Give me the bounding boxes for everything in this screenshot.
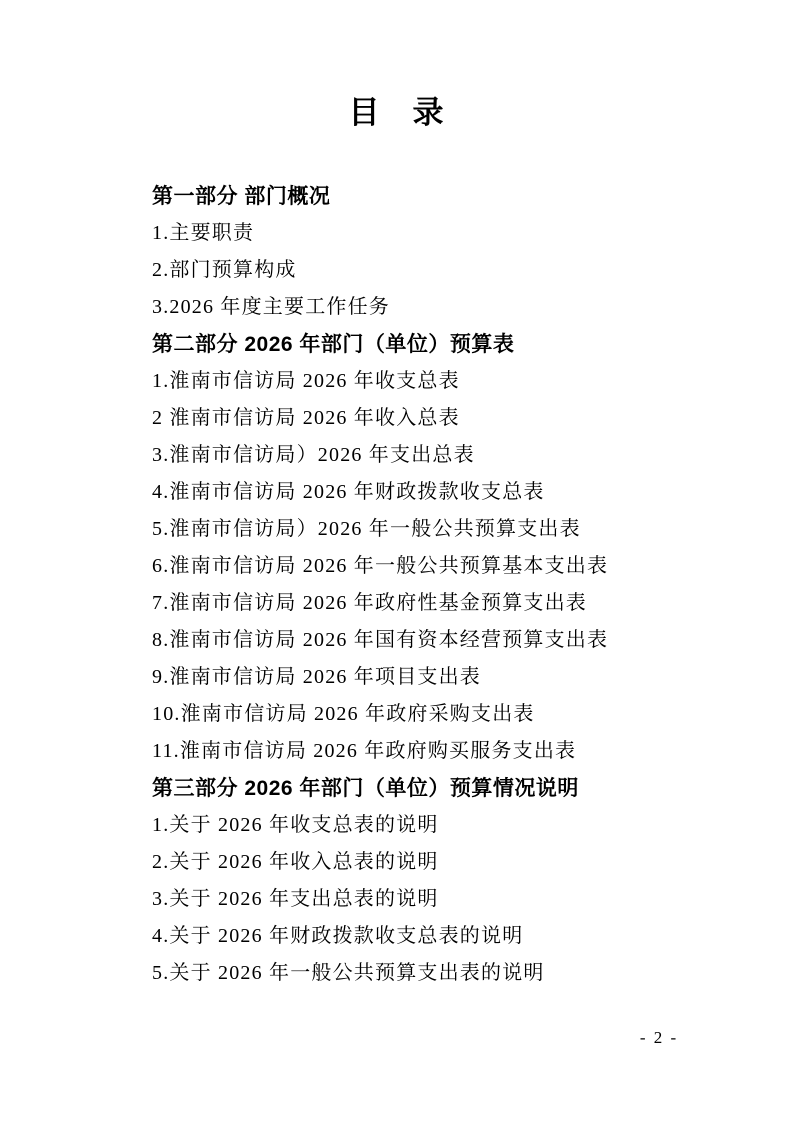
toc-entry: 9.淮南市信访局 2026 年项目支出表	[152, 659, 763, 696]
toc-entry: 4.关于 2026 年财政拨款收支总表的说明	[152, 918, 763, 955]
toc-entry: 1.淮南市信访局 2026 年收支总表	[152, 363, 763, 400]
document-page: 目 录 第一部分 部门概况1.主要职责2.部门预算构成3.2026 年度主要工作…	[0, 0, 793, 1122]
toc-entry: 3.淮南市信访局）2026 年支出总表	[152, 437, 763, 474]
toc-entry: 5.淮南市信访局）2026 年一般公共预算支出表	[152, 511, 763, 548]
toc-section-heading: 第二部分 2026 年部门（单位）预算表	[152, 326, 763, 363]
page-title: 目 录	[0, 95, 793, 131]
toc-entry: 3.关于 2026 年支出总表的说明	[152, 881, 763, 918]
toc-entry: 6.淮南市信访局 2026 年一般公共预算基本支出表	[152, 548, 763, 585]
page-number: - 2 -	[614, 1028, 704, 1048]
toc-section-heading: 第三部分 2026 年部门（单位）预算情况说明	[152, 770, 763, 807]
toc-entry: 10.淮南市信访局 2026 年政府采购支出表	[152, 696, 763, 733]
toc-list: 第一部分 部门概况1.主要职责2.部门预算构成3.2026 年度主要工作任务第二…	[152, 178, 763, 992]
toc-entry: 1.关于 2026 年收支总表的说明	[152, 807, 763, 844]
toc-entry: 8.淮南市信访局 2026 年国有资本经营预算支出表	[152, 622, 763, 659]
toc-entry: 4.淮南市信访局 2026 年财政拨款收支总表	[152, 474, 763, 511]
toc-entry: 2.关于 2026 年收入总表的说明	[152, 844, 763, 881]
toc-entry: 2 淮南市信访局 2026 年收入总表	[152, 400, 763, 437]
toc-entry: 7.淮南市信访局 2026 年政府性基金预算支出表	[152, 585, 763, 622]
toc-entry: 2.部门预算构成	[152, 252, 763, 289]
toc-entry: 5.关于 2026 年一般公共预算支出表的说明	[152, 955, 763, 992]
toc-section-heading: 第一部分 部门概况	[152, 178, 763, 215]
toc-entry: 11.淮南市信访局 2026 年政府购买服务支出表	[152, 733, 763, 770]
toc-entry: 1.主要职责	[152, 215, 763, 252]
toc-entry: 3.2026 年度主要工作任务	[152, 289, 763, 326]
